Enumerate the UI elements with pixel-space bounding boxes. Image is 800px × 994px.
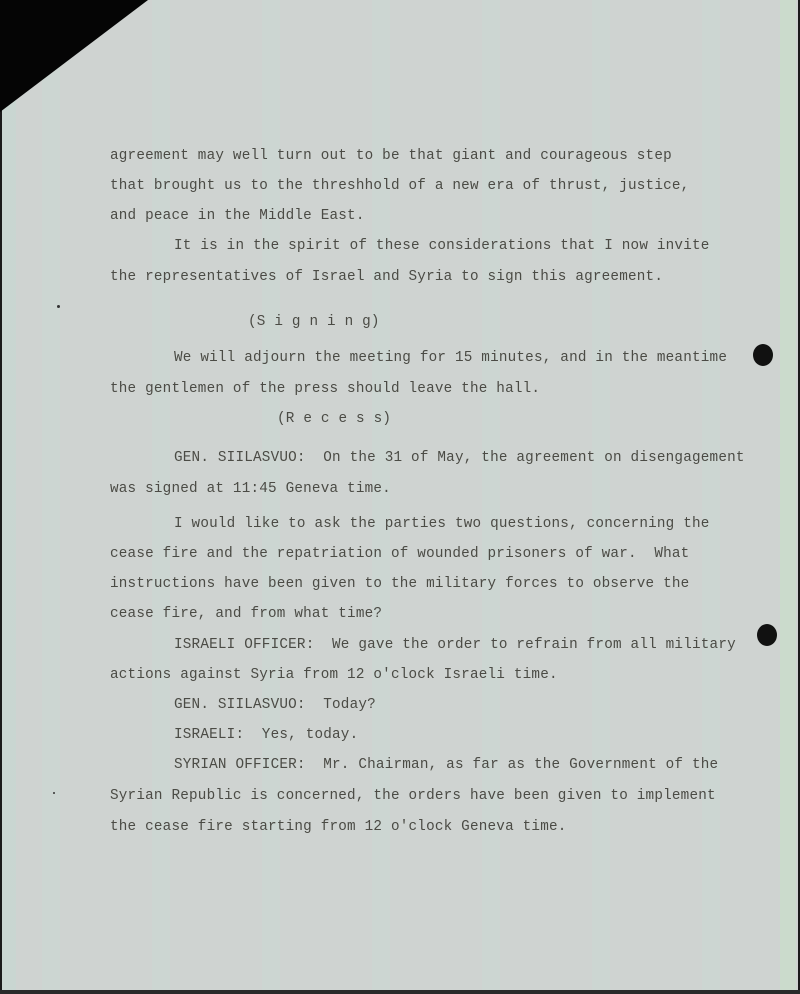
stage-direction-recess: (R e c e s s) [277, 411, 391, 427]
page-bottom-edge [0, 990, 800, 994]
text-line: that brought us to the threshhold of a n… [110, 178, 689, 194]
text-line: the cease fire starting from 12 o'clock … [110, 819, 567, 835]
text-line: the gentlemen of the press should leave … [110, 381, 540, 397]
stage-direction-signing: (S i g n i n g) [248, 314, 380, 330]
text-line: cease fire and the repatriation of wound… [110, 546, 689, 562]
text-line: We will adjourn the meeting for 15 minut… [174, 350, 727, 366]
text-line: instructions have been given to the mili… [110, 576, 689, 592]
speaker-line: GEN. SIILASVUO: On the 31 of May, the ag… [174, 450, 745, 466]
text-line: It is in the spirit of these considerati… [174, 238, 710, 254]
text-line: the representatives of Israel and Syria … [110, 269, 663, 285]
speck-mark [57, 305, 60, 308]
text-line: cease fire, and from what time? [110, 606, 382, 622]
text-line: I would like to ask the parties two ques… [174, 516, 710, 532]
speaker-line: GEN. SIILASVUO: Today? [174, 697, 376, 713]
text-line: and peace in the Middle East. [110, 208, 365, 224]
text-line: agreement may well turn out to be that g… [110, 148, 672, 164]
speaker-line: SYRIAN OFFICER: Mr. Chairman, as far as … [174, 757, 718, 773]
punch-hole-bottom [757, 624, 777, 646]
speck-mark [53, 792, 55, 794]
text-line: was signed at 11:45 Geneva time. [110, 481, 391, 497]
text-line: Syrian Republic is concerned, the orders… [110, 788, 716, 804]
speaker-line: ISRAELI OFFICER: We gave the order to re… [174, 637, 736, 653]
speaker-line: ISRAELI: Yes, today. [174, 727, 358, 743]
punch-hole-top [753, 344, 773, 366]
text-line: actions against Syria from 12 o'clock Is… [110, 667, 558, 683]
document-body: agreement may well turn out to be that g… [0, 0, 800, 368]
